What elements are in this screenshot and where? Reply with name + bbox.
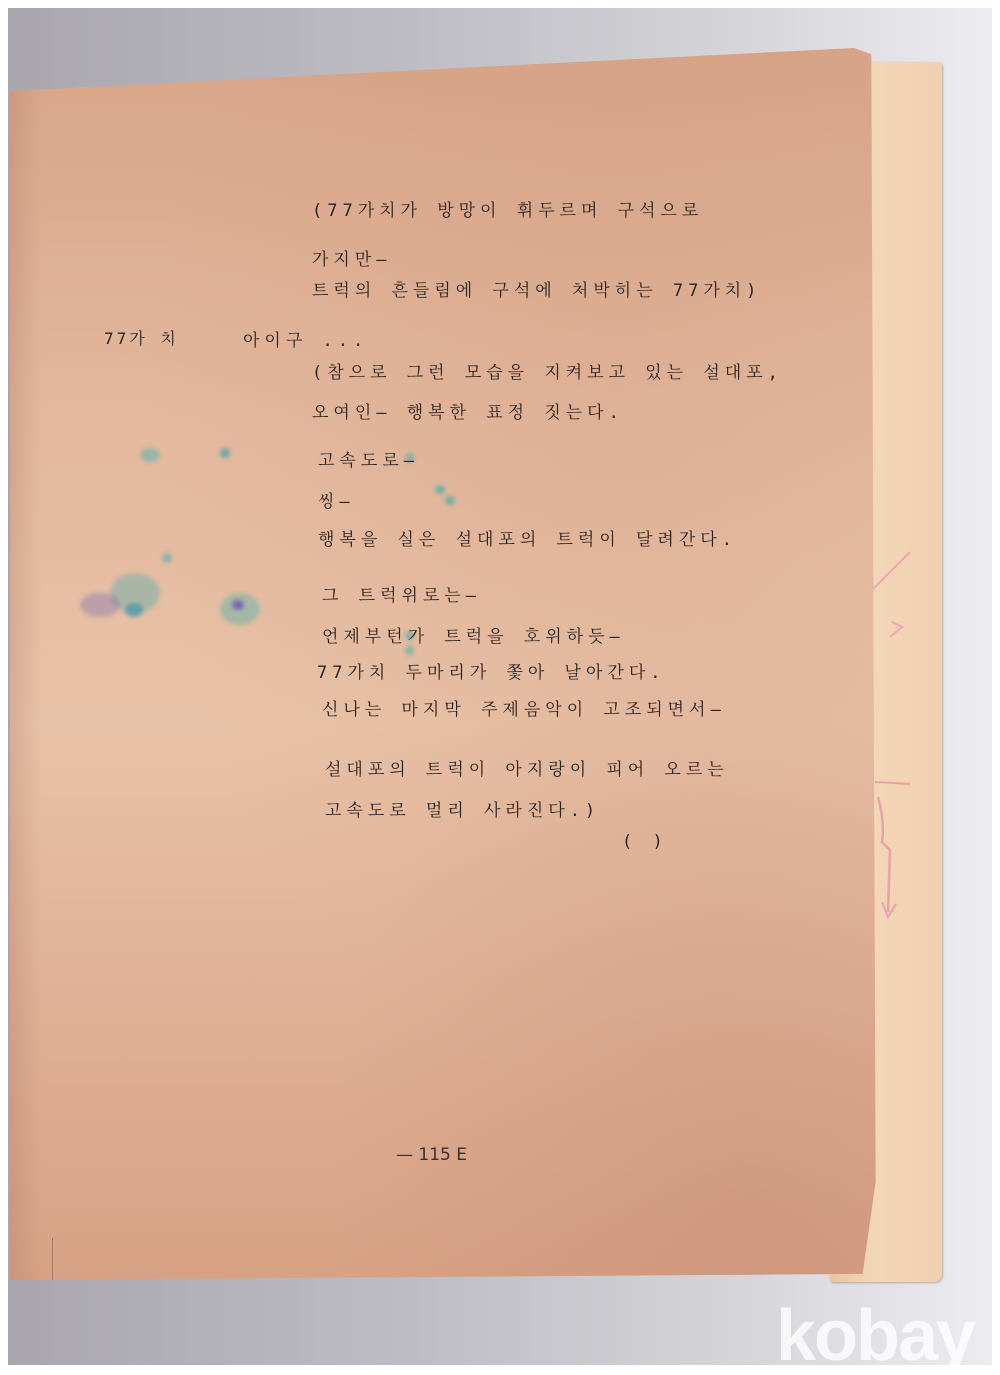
ink-stain bbox=[140, 448, 160, 462]
stage-direction-line: 언제부턴가 트럭을 호위하듯— bbox=[322, 622, 625, 647]
speaker-name: 77가 치 bbox=[104, 326, 179, 349]
stage-direction-line: 트럭의 흔들림에 구석에 처박히는 77가치) bbox=[312, 276, 761, 301]
stage-direction-line: 신나는 마지막 주제음악이 고조되면서— bbox=[322, 695, 726, 720]
watermark-logo: kobay bbox=[776, 1295, 974, 1375]
stage-direction-line: 77가치 두마리가 쫓아 날아간다. bbox=[317, 658, 665, 683]
stage-direction-line: 설대포의 트럭이 아지랑이 피어 오르는 bbox=[325, 755, 729, 780]
stage-direction-line: 그 트럭위로는— bbox=[322, 581, 481, 606]
ink-stain bbox=[445, 496, 455, 505]
ink-stain bbox=[435, 485, 445, 494]
stage-direction-line: 고속도로— bbox=[318, 446, 419, 471]
ink-stain bbox=[232, 600, 244, 610]
stage-direction-line: 가지만— bbox=[312, 245, 392, 270]
dialogue-line: 아이구 ... bbox=[243, 326, 368, 351]
ink-stain bbox=[125, 603, 143, 617]
stage-direction-line: 씽— bbox=[318, 487, 355, 512]
stage-direction-line: 행복을 실은 설대포의 트럭이 달려간다. bbox=[318, 525, 737, 550]
ink-stain bbox=[405, 646, 414, 655]
stage-direction-line: (참으로 그런 모습을 지켜보고 있는 설대포, bbox=[312, 358, 783, 383]
end-parentheses-mark: ( ) bbox=[622, 832, 668, 852]
ink-stain bbox=[162, 553, 172, 563]
ink-stain bbox=[220, 448, 230, 458]
stage-direction-line: (77가치가 방망이 휘두르며 구석으로 bbox=[312, 196, 703, 221]
stage-direction-line: 고속도로 멀리 사라진다.) bbox=[325, 796, 600, 821]
stage-direction-line: 오여인— 행복한 표정 짓는다. bbox=[312, 398, 624, 423]
ink-stain bbox=[80, 593, 120, 617]
page-number: — 115 E bbox=[396, 1145, 467, 1165]
